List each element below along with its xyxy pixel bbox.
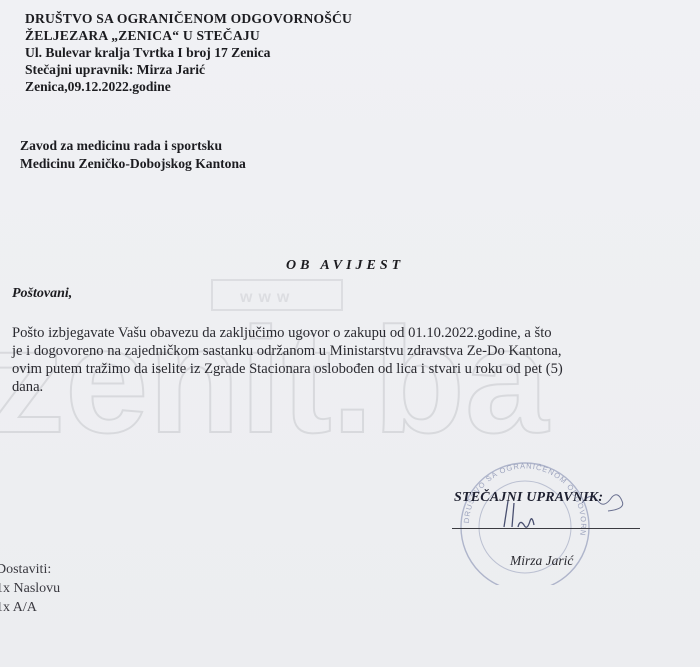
sender-block: DRUŠTVO SA OGRANIČENOM ODGOVORNOŠĆU ŽELJ…	[25, 10, 352, 95]
salutation: Poštovani,	[12, 286, 72, 302]
recipient-block: Zavod za medicinu rada i sportsku Medici…	[20, 137, 246, 173]
sender-address: Ul. Bulevar kralja Tvrtka I broj 17 Zeni…	[25, 44, 352, 61]
sender-company: DRUŠTVO SA OGRANIČENOM ODGOVORNOŠĆU	[25, 10, 352, 27]
distribution-list: Dostaviti: 1x Naslovu 1x A/A	[0, 560, 60, 617]
signature-line	[452, 528, 640, 529]
sender-company-sub: ŽELJEZARA „ZENICA“ U STEČAJU	[25, 27, 352, 44]
recipient-line-1: Zavod za medicinu rada i sportsku	[20, 137, 246, 155]
body-line: dana.	[12, 378, 692, 396]
signature-title: STEČAJNI UPRAVNIK:	[454, 490, 603, 506]
document-title: OB AVIJEST	[286, 258, 404, 274]
distribution-item: 1x Naslovu	[0, 579, 60, 598]
watermark-www: www	[239, 289, 295, 306]
sender-manager: Stečajni upravnik: Mirza Jarić	[25, 61, 352, 78]
document-date: Zenica,09.12.2022.godine	[25, 78, 352, 95]
distribution-item: 1x A/A	[0, 598, 60, 617]
body-line: ovim putem tražimo da iselite iz Zgrade …	[12, 360, 692, 378]
body-line: je i dogovoreno na zajedničkom sastanku …	[12, 342, 692, 360]
document-page: www zenit.ba DRUŠTVO SA OGRANIČENOM ODGO…	[0, 0, 700, 667]
body-paragraph: Pošto izbjegavate Vašu obavezu da zaklju…	[12, 324, 692, 396]
recipient-line-2: Medicinu Zeničko-Dobojskog Kantona	[20, 155, 246, 173]
signature-block: DRUŠTVO SA OGRANIČENOM ODGOVORNOŠĆU STEČ…	[440, 455, 700, 585]
distribution-label: Dostaviti:	[0, 560, 60, 579]
body-line: Pošto izbjegavate Vašu obavezu da zaklju…	[12, 324, 692, 342]
signatory-name: Mirza Jarić	[510, 553, 573, 569]
